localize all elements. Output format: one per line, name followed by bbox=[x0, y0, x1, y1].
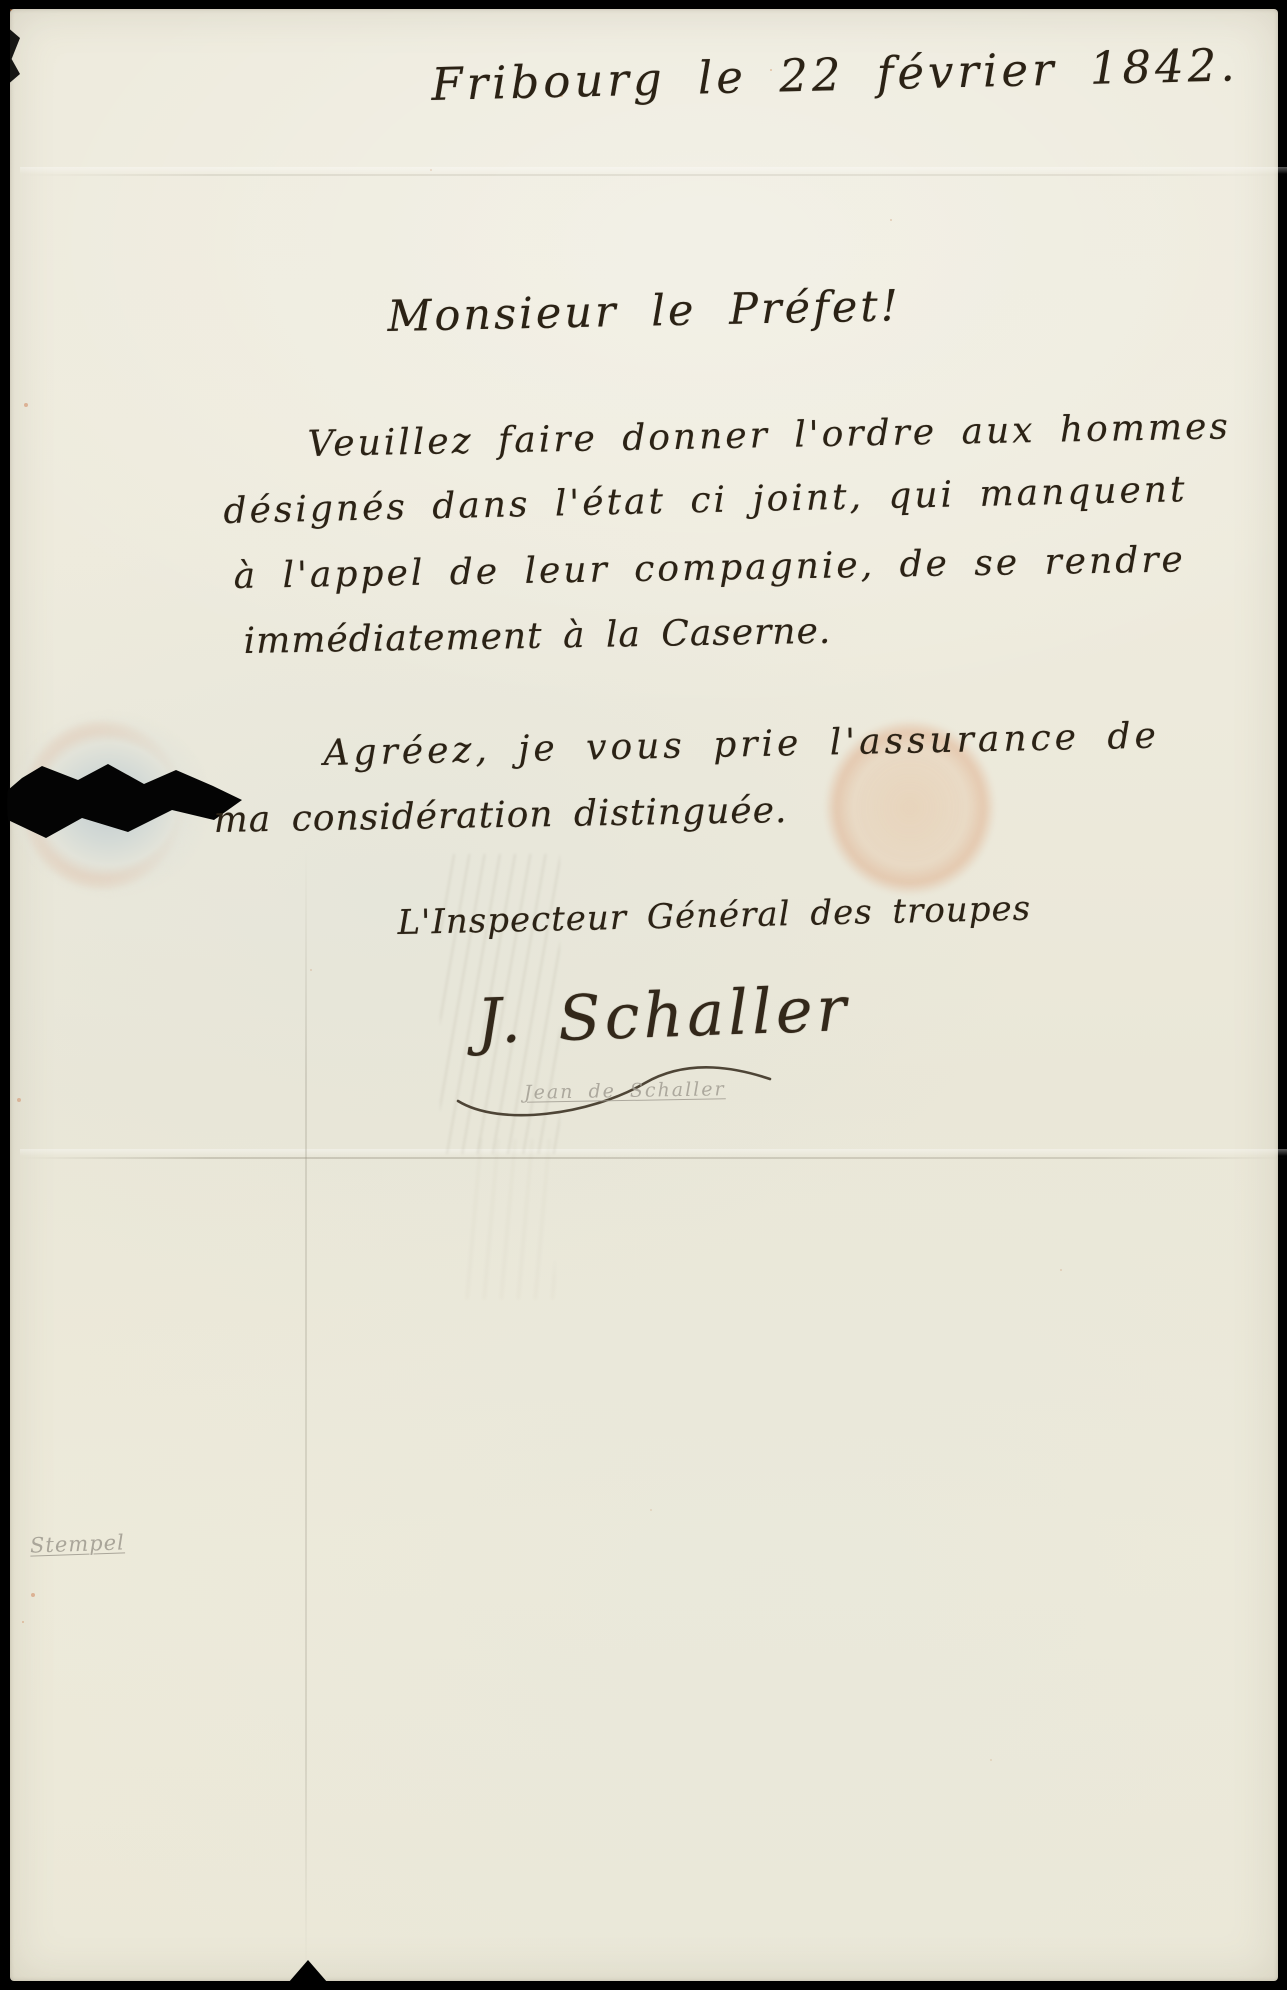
foxing-specks bbox=[10, 9, 12, 11]
fold-crease-top-light bbox=[20, 167, 1287, 174]
pencil-annotation-stamp: Stempel bbox=[30, 1530, 126, 1557]
fold-crease-top bbox=[20, 174, 1287, 176]
fold-crease-middle-light bbox=[20, 1149, 1287, 1156]
ink-showthrough-lower bbox=[465, 1139, 555, 1299]
pencil-annotation-name: Jean de Schaller bbox=[524, 1078, 726, 1104]
fold-crease-vertical bbox=[305, 849, 307, 1979]
fold-crease-middle bbox=[20, 1157, 1287, 1159]
scanned-letter: Fribourg le 22 février 1842. Monsieur le… bbox=[0, 0, 1287, 1990]
